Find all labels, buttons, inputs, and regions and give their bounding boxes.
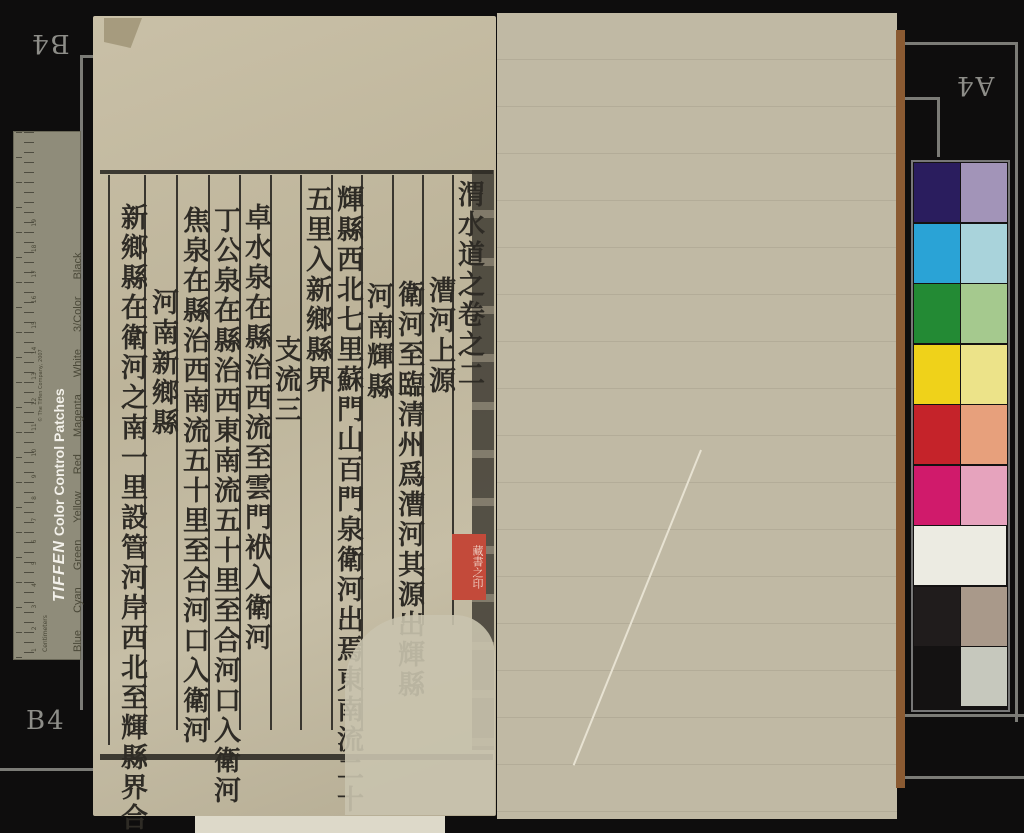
brand-logo: TIFFEN bbox=[51, 540, 68, 602]
color-patch bbox=[914, 466, 960, 525]
board-line bbox=[1015, 42, 1018, 722]
text-column: 河南新鄉縣 bbox=[147, 288, 177, 438]
color-patch bbox=[914, 647, 960, 706]
color-control-patches bbox=[911, 160, 1010, 712]
color-patch bbox=[914, 345, 960, 404]
copyright-text: © The Tiffen Company, 2007 bbox=[38, 349, 44, 422]
text-column: 新鄉縣在衛河之南一里設管河岸西北至輝縣界合 bbox=[116, 203, 146, 833]
board-line bbox=[0, 768, 96, 771]
text-column: 卓水泉在縣治西流至雲門袱入衛河 bbox=[240, 203, 270, 653]
paper-repair-patch bbox=[345, 615, 495, 815]
board-label: B4 bbox=[30, 28, 70, 58]
board-line bbox=[905, 714, 1024, 717]
unit-label: Centimeters bbox=[42, 615, 49, 652]
color-patch-white bbox=[914, 526, 1006, 585]
text-column: 五里入新鄉縣界 bbox=[301, 185, 331, 395]
color-patch bbox=[961, 647, 1007, 706]
color-patch bbox=[914, 224, 960, 283]
color-patch bbox=[961, 345, 1007, 404]
color-patch bbox=[961, 587, 1007, 646]
color-patch bbox=[914, 284, 960, 343]
board-label: B4 bbox=[26, 706, 66, 736]
board-line bbox=[898, 42, 1018, 45]
ruler-title: Color Control Patches bbox=[51, 388, 67, 536]
color-patch bbox=[961, 466, 1007, 525]
color-patch bbox=[961, 163, 1007, 222]
color-patch bbox=[961, 224, 1007, 283]
column-rule bbox=[108, 175, 110, 745]
color-patch bbox=[914, 163, 960, 222]
color-patch bbox=[914, 587, 960, 646]
color-patch bbox=[961, 284, 1007, 343]
text-column: 丁公泉在縣治西東南流五十里至合河口入衛河 bbox=[209, 206, 239, 806]
bottom-paper-slip bbox=[195, 816, 445, 833]
text-column: 焦泉在縣治西南流五十里至合河口入衛河 bbox=[178, 206, 208, 746]
color-patch bbox=[914, 405, 960, 464]
text-column: 支流三 bbox=[270, 335, 300, 425]
book-right-page-blank bbox=[497, 13, 897, 819]
book-cover-edge bbox=[896, 30, 905, 788]
inch-ticks bbox=[16, 132, 22, 659]
cm-numbers: 1 2 3 4 5 6 7 8 9 10 11 12 13 14 15 16 1… bbox=[31, 219, 38, 652]
ruler-brand: TIFFEN Color Control Patches bbox=[51, 388, 69, 602]
text-column: 河南輝縣 bbox=[362, 282, 392, 402]
text-column: 漕河上源 bbox=[424, 276, 454, 396]
board-line bbox=[937, 97, 940, 157]
color-labels: Blue Cyan Green Yellow Red Magenta White… bbox=[72, 253, 84, 653]
header-column: 渭水道之卷之二 bbox=[453, 180, 483, 390]
tiffen-ruler: 1 2 3 4 5 6 7 8 9 10 11 12 13 14 15 16 1… bbox=[13, 131, 81, 660]
color-patch bbox=[961, 405, 1007, 464]
collector-seal: 藏書之印 bbox=[452, 534, 486, 600]
board-line bbox=[905, 776, 1024, 779]
board-label: A4 bbox=[955, 70, 994, 100]
